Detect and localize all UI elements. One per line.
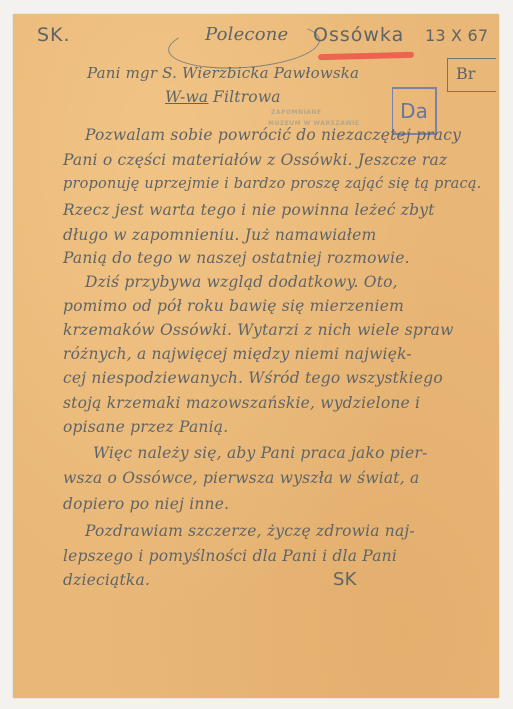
letter-page: SK. Polecone Ossówka 13 X 67 Br ZAPOMNIA… — [13, 14, 499, 698]
body-line: dopiero po niej inne. — [63, 495, 229, 513]
body-line: dzieciątka. — [63, 571, 150, 589]
body-line: krzemaków Ossówki. Wytarzi z nich wiele … — [63, 321, 454, 339]
body-line: Panią do tego w naszej ostatniej rozmowi… — [63, 249, 410, 267]
body-line: proponuję uprzejmie i bardzo proszę zają… — [63, 176, 481, 192]
body-line: pomimo od pół roku bawię się mierzeniem — [63, 297, 404, 315]
body-line: lepszego i pomyślności dla Pani i dla Pa… — [63, 547, 397, 565]
body-line: wsza o Ossówce, pierwsza wyszła w świat,… — [63, 469, 419, 487]
signature: SK — [333, 569, 357, 590]
header-initials: SK. — [37, 24, 71, 46]
place-name: Ossówka — [313, 24, 404, 46]
box-mark: Br — [447, 58, 496, 92]
registered-mark: Polecone — [205, 24, 288, 45]
body-line: długo w zapomnieniu. Już namawiałem — [63, 226, 376, 244]
body-line: Dziś przybywa wzgląd dodatkowy. Oto, — [85, 273, 398, 291]
address-city: W-wa — [165, 88, 208, 106]
body-line: Pozdrawiam szczerze, życzę zdrowia naj- — [85, 522, 415, 540]
body-line: opisane przez Panią. — [63, 418, 228, 436]
body-line: Pani o części materiałów z Ossówki. Jesz… — [63, 151, 447, 169]
body-line: różnych, a najwięcej między niemi najwię… — [63, 345, 412, 363]
body-line: cej niespodziewanych. Wśród tego wszystk… — [63, 369, 443, 387]
red-underline-mark — [318, 52, 414, 61]
faint-stamp-line1: ZAPOMNIANE — [271, 109, 321, 116]
address-street: Filtrowa — [213, 88, 281, 106]
body-line: Rzecz jest warta tego i nie powinna leże… — [63, 201, 435, 219]
stamp-letters: Da — [400, 99, 428, 123]
box-mark-text: Br — [456, 64, 475, 83]
address-recipient: Pani mgr S. Wierzbicka Pawłowska — [87, 64, 359, 82]
body-line: Więc należy się, aby Pani praca jako pie… — [93, 444, 427, 462]
body-line: stoją krzemaki mazowszańskie, wydzielone… — [63, 394, 420, 412]
body-line: Pozwalam sobie powrócić do niezaczętej p… — [85, 126, 461, 144]
letter-date: 13 X 67 — [425, 26, 488, 45]
